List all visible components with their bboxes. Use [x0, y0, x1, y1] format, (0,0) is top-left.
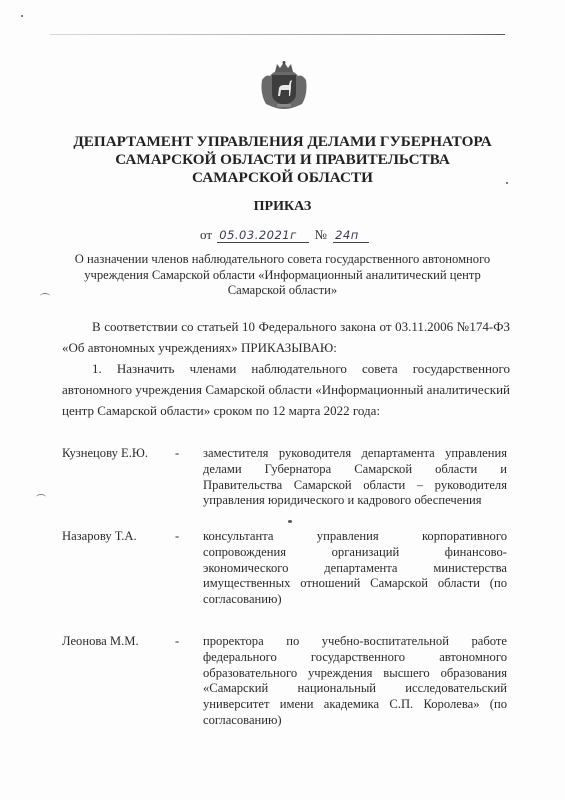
header-line-2: САМАРСКОЙ ОБЛАСТИ И ПРАВИТЕЛЬСТВА	[0, 151, 565, 169]
member-position: проректора по учебно-воспитательной рабо…	[203, 634, 507, 729]
preamble-paragraph: В соответствии со статьей 10 Федеральног…	[62, 316, 510, 358]
handwritten-number: 24п	[333, 228, 369, 243]
member-dash: -	[175, 634, 179, 650]
top-rule-divider	[50, 34, 505, 35]
date-label: от	[200, 227, 212, 242]
member-name: Назарову Т.А.	[62, 529, 137, 545]
item-1-paragraph: 1. Назначить членами наблюдательного сов…	[62, 358, 510, 421]
header-line-1: ДЕПАРТАМЕНТ УПРАВЛЕНИЯ ДЕЛАМИ ГУБЕРНАТОР…	[0, 133, 565, 151]
member-position: консультанта управления корпоративного с…	[203, 529, 507, 608]
scan-speck	[506, 182, 508, 184]
member-name: Кузнецову Е.Ю.	[62, 446, 148, 462]
department-header: ДЕПАРТАМЕНТ УПРАВЛЕНИЯ ДЕЛАМИ ГУБЕРНАТОР…	[0, 133, 565, 187]
subject-line-1: О назначении членов наблюдательного сове…	[0, 252, 565, 268]
order-title: ПРИКАЗ	[0, 199, 565, 215]
member-dash: -	[175, 446, 179, 462]
coat-of-arms-icon	[258, 60, 310, 110]
order-meta: от 05.03.2021г № 24п	[200, 227, 369, 243]
handwritten-date: 05.03.2021г	[217, 228, 309, 243]
member-name: Леонова М.М.	[62, 634, 139, 650]
preamble-text: В соответствии со статьей 10 Федеральног…	[62, 319, 510, 355]
member-position: заместителя руководителя департамента уп…	[203, 446, 507, 509]
member-dash: -	[175, 529, 179, 545]
document-page: ДЕПАРТАМЕНТ УПРАВЛЕНИЯ ДЕЛАМИ ГУБЕРНАТОР…	[0, 0, 565, 800]
punch-hole-mark	[40, 293, 50, 299]
subject-line-3: Самарской области»	[0, 283, 565, 299]
header-line-3: САМАРСКОЙ ОБЛАСТИ	[0, 169, 565, 187]
number-label: №	[315, 227, 327, 242]
scan-speck	[21, 15, 23, 17]
scan-speck	[288, 520, 292, 523]
item-1-text: 1. Назначить членами наблюдательного сов…	[62, 361, 510, 418]
order-subject: О назначении членов наблюдательного сове…	[0, 252, 565, 299]
punch-hole-mark	[36, 494, 46, 500]
subject-line-2: учреждения Самарской области «Информацио…	[0, 268, 565, 284]
